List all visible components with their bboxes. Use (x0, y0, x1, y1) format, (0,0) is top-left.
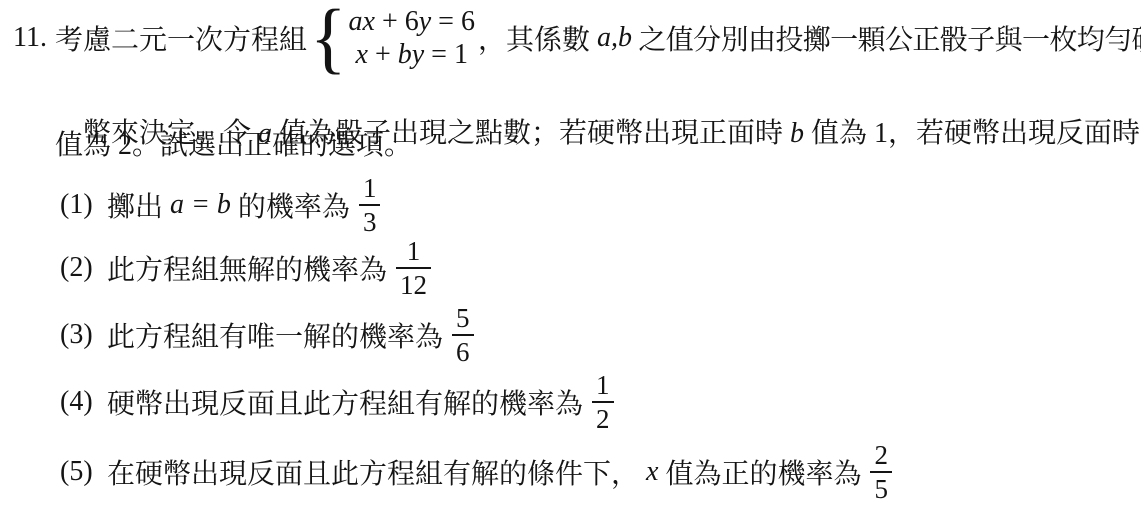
math-var: x (356, 39, 368, 70)
math-expression: a = b (170, 189, 231, 221)
math-op: + (368, 39, 398, 70)
fraction-denominator: 6 (452, 334, 474, 367)
left-brace: { (310, 2, 346, 75)
fraction-2-5: 2 5 (870, 440, 892, 504)
question-number: 11. (13, 22, 55, 54)
equation-system: { ax + 6y = 6 x + by = 1 (310, 3, 475, 73)
fraction-denominator: 2 (592, 401, 614, 434)
fraction-denominator: 12 (396, 267, 431, 300)
math-var: ax (349, 6, 375, 37)
equation-row-2: x + by = 1 (356, 38, 468, 71)
option-2: (2) 此方程組無解的機率為 1 12 (60, 234, 431, 302)
math-var-b: b (790, 118, 804, 149)
fraction-numerator: 1 (359, 173, 381, 204)
option-3-label: (3) (60, 319, 107, 351)
fraction-5-6: 5 6 (452, 303, 474, 367)
option-3: (3) 此方程組有唯一解的機率為 5 6 (60, 301, 474, 369)
option-5-text-after: 值為正的機率為 (658, 452, 868, 492)
question-stem-line-1: 11. 考慮二元一次方程組 { ax + 6y = 6 x + by = 1 ，… (13, 2, 1141, 74)
stem-text-before-system: 考慮二元一次方程組 (55, 18, 307, 58)
fraction-denominator: 3 (359, 204, 381, 237)
option-5-label: (5) (60, 456, 107, 488)
question-stem-line-3: 值為 2。試選出正確的選項。 (55, 126, 412, 166)
option-1: (1) 擲出 a = b 的機率為 1 3 (60, 171, 380, 239)
option-4: (4) 硬幣出現反面且此方程組有解的機率為 1 2 (60, 368, 614, 436)
exam-question-page: 11. 考慮二元一次方程組 { ax + 6y = 6 x + by = 1 ，… (0, 0, 1141, 520)
fraction-denominator: 5 (870, 471, 892, 504)
option-5-text: 在硬幣出現反面且此方程組有解的條件下， (107, 452, 646, 492)
option-4-text: 硬幣出現反面且此方程組有解的機率為 (107, 382, 590, 422)
fraction-1-12: 1 12 (396, 236, 431, 300)
option-1-label: (1) (60, 189, 107, 221)
math-op: = 6 (431, 6, 475, 37)
option-5: (5) 在硬幣出現反面且此方程組有解的條件下， x 值為正的機率為 2 5 (60, 438, 892, 506)
stem-text-after-system: ，其係數 (478, 18, 597, 58)
option-2-label: (2) (60, 252, 107, 284)
math-op: = 1 (424, 39, 468, 70)
math-var: y (419, 6, 431, 37)
coefficient-vars: a,b (597, 22, 632, 54)
option-1-text: 擲出 (107, 185, 170, 225)
equation-rows: ax + 6y = 6 x + by = 1 (349, 5, 475, 71)
math-var: by (398, 39, 424, 70)
option-1-text-after: 的機率為 (231, 185, 357, 225)
fraction-numerator: 1 (592, 370, 614, 401)
fraction-numerator: 2 (870, 440, 892, 471)
fraction-1-2: 1 2 (592, 370, 614, 434)
option-3-text: 此方程組有唯一解的機率為 (107, 315, 450, 355)
stem-text: 值為 1，若硬幣出現反面時 (804, 118, 1141, 149)
stem-text-rest: 之值分別由投擲一顆公正骰子與一枚均勻硬 (632, 18, 1141, 58)
math-op: + 6 (375, 6, 419, 37)
fraction-numerator: 5 (452, 303, 474, 334)
option-4-label: (4) (60, 386, 107, 418)
equation-row-1: ax + 6y = 6 (349, 5, 475, 38)
option-2-text: 此方程組無解的機率為 (107, 248, 394, 288)
fraction-1-3: 1 3 (359, 173, 381, 237)
math-var-x: x (646, 456, 658, 488)
fraction-numerator: 1 (403, 236, 425, 267)
